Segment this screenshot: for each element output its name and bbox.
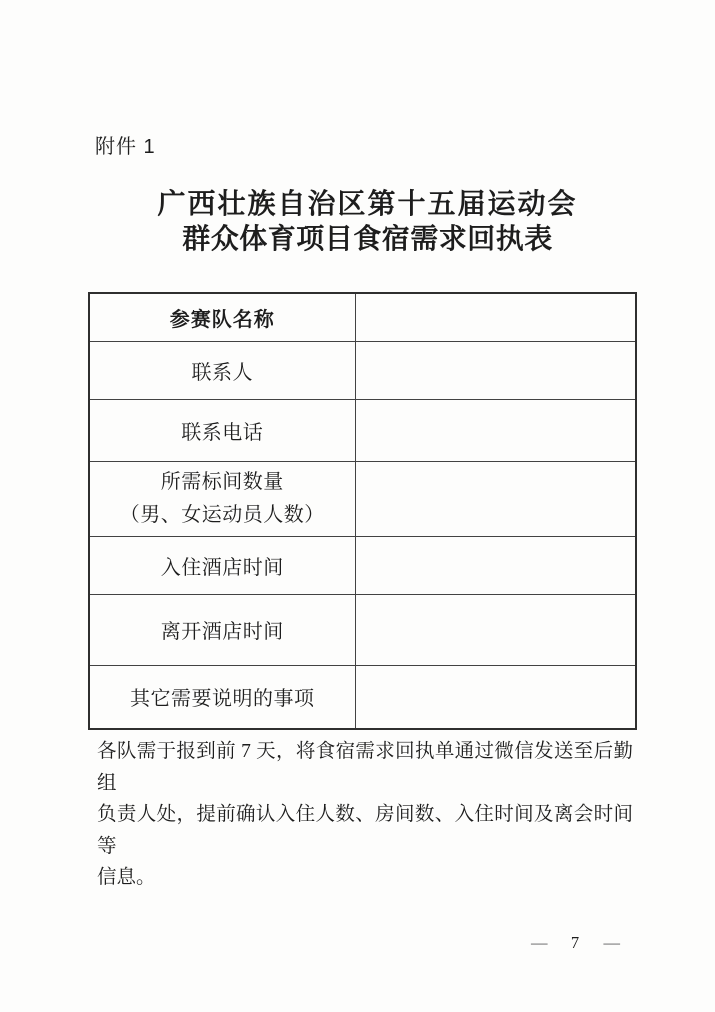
instructions-line-3: 信息。 xyxy=(97,862,633,894)
row-label-rooms-needed: 所需标间数量 （男、女运动员人数） xyxy=(89,461,355,536)
document-title-line-1: 广西壮族自治区第十五届运动会 xyxy=(10,187,715,222)
table-row-other-notes: 其它需要说明的事项 xyxy=(89,665,636,729)
table-row-checkin-time: 入住酒店时间 xyxy=(89,536,636,594)
row-label-checkout-time: 离开酒店时间 xyxy=(89,594,355,665)
scanned-document-page: 附件 1 广西壮族自治区第十五届运动会 群众体育项目食宿需求回执表 参赛队名称 … xyxy=(0,0,715,1012)
table-row-contact-person: 联系人 xyxy=(89,341,636,399)
page-number-right-dash: — xyxy=(604,933,620,953)
document-title-line-2: 群众体育项目食宿需求回执表 xyxy=(10,222,715,257)
page-number: — 7 — xyxy=(531,933,619,953)
document-title: 广西壮族自治区第十五届运动会 群众体育项目食宿需求回执表 xyxy=(10,187,715,257)
table-row-team-name: 参赛队名称 xyxy=(89,293,636,341)
row-value-checkout-time xyxy=(355,594,636,665)
row-label-checkin-time: 入住酒店时间 xyxy=(89,536,355,594)
page-number-value: 7 xyxy=(571,933,579,953)
row-label-other-notes: 其它需要说明的事项 xyxy=(89,665,355,729)
instructions-paragraph: 各队需于报到前 7 天，将食宿需求回执单通过微信发送至后勤组 负责人处，提前确认… xyxy=(97,736,633,894)
page-number-left-dash: — xyxy=(531,933,547,953)
row-value-checkin-time xyxy=(355,536,636,594)
row-value-rooms-needed xyxy=(355,461,636,536)
table-row-checkout-time: 离开酒店时间 xyxy=(89,594,636,665)
instructions-line-2: 负责人处，提前确认入住人数、房间数、入住时间及离会时间等 xyxy=(97,799,633,862)
row-label-rooms-needed-line-2: （男、女运动员人数） xyxy=(90,499,355,532)
row-label-team-name: 参赛队名称 xyxy=(89,293,355,341)
accommodation-request-table: 参赛队名称 联系人 联系电话 所需标间数量 （男、女运动员人数） 入住酒店时间 … xyxy=(88,292,637,730)
attachment-label: 附件 1 xyxy=(95,130,156,159)
instructions-line-1: 各队需于报到前 7 天，将食宿需求回执单通过微信发送至后勤组 xyxy=(97,736,633,799)
row-value-contact-phone xyxy=(355,399,636,461)
row-value-contact-person xyxy=(355,341,636,399)
row-label-contact-phone: 联系电话 xyxy=(89,399,355,461)
row-label-rooms-needed-line-1: 所需标间数量 xyxy=(90,466,355,499)
table-row-contact-phone: 联系电话 xyxy=(89,399,636,461)
row-value-team-name xyxy=(355,293,636,341)
row-value-other-notes xyxy=(355,665,636,729)
table-row-rooms-needed: 所需标间数量 （男、女运动员人数） xyxy=(89,461,636,536)
row-label-contact-person: 联系人 xyxy=(89,341,355,399)
